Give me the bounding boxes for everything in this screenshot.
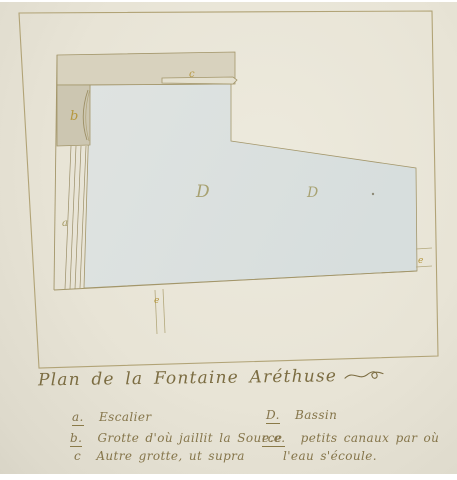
label-channel-right: e bbox=[418, 256, 423, 266]
legend-row-escalier: a. Escalier bbox=[72, 410, 152, 426]
label-basin-left: D bbox=[195, 182, 210, 202]
label-staircase: a bbox=[62, 218, 68, 229]
legend-row-autre-grotte: c Autre grotte, ut supra bbox=[74, 449, 245, 463]
legend-row-canaux: e.e. petits canaux par où l'eau s'écoule… bbox=[262, 431, 452, 463]
legend-key-b: b. bbox=[70, 431, 82, 447]
basin-area bbox=[84, 84, 417, 288]
label-source-grotto: b bbox=[70, 109, 78, 124]
legend-label-b: Grotte d'où jaillit la Source bbox=[98, 431, 283, 445]
ink-speck bbox=[372, 193, 374, 195]
legend-key-ee: e.e. bbox=[262, 431, 285, 447]
label-basin-right: D bbox=[306, 185, 318, 201]
legend-key-a: a. bbox=[72, 410, 84, 426]
legend-label-c: Autre grotte, ut supra bbox=[96, 449, 245, 463]
legend-key-c: c bbox=[74, 449, 81, 463]
structure-left-edge bbox=[54, 55, 57, 290]
upper-grotto-strip bbox=[162, 77, 237, 84]
legend-row-grotte-source: b. Grotte d'où jaillit la Source bbox=[70, 431, 282, 447]
scanned-manuscript-page: c b a D D e e Plan de la Fontaine Aréthu… bbox=[0, 0, 457, 480]
plan-drawing: c b a D D e e bbox=[0, 0, 457, 480]
title-flourish-icon bbox=[343, 368, 385, 385]
label-channel-bottom: e bbox=[154, 296, 159, 306]
legend-label-ee-line2: l'eau s'écoule. bbox=[283, 449, 452, 463]
legend-key-D: D. bbox=[266, 408, 280, 424]
label-upper-grotto: c bbox=[189, 69, 195, 80]
legend-label-ee: petits canaux par où bbox=[301, 431, 440, 445]
staircase-lines bbox=[65, 146, 86, 289]
legend-row-bassin: D. Bassin bbox=[266, 408, 337, 424]
legend-label-a: Escalier bbox=[99, 410, 152, 424]
page-title-text: Plan de la Fontaine Aréthuse bbox=[38, 366, 337, 390]
legend-label-D: Bassin bbox=[295, 408, 337, 422]
